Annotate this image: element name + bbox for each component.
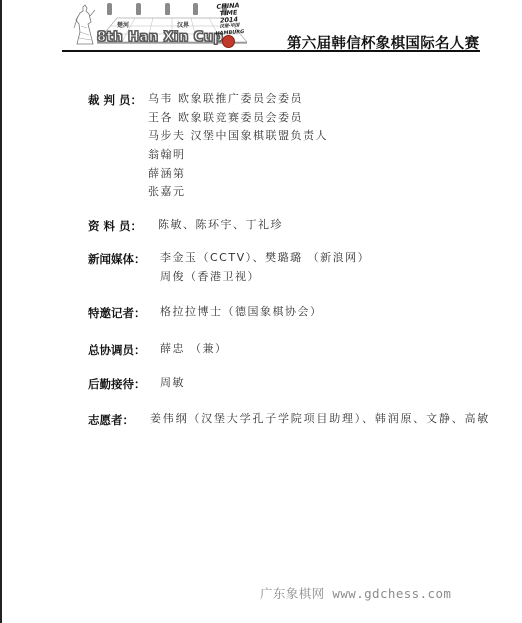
list-item: 周俊（香港卫视） [160,270,370,289]
section-lines: 陈敏、陈环宇、丁礼珍 [158,218,283,237]
list-item: 薛忠 （兼） [160,342,228,361]
han-xin-cup-logo: 楚河 汉界 8th Han Xin Cup CHINA TIME 2014 汉堡… [62,0,247,50]
section-lines: 薛忠 （兼） [160,342,228,361]
logo-cup-name: 8th Han Xin Cup [97,30,223,45]
list-item: 李金玉（CCTV）、樊璐璐 （新浪网） [160,251,370,270]
list-item: 翁翰明 [148,148,328,167]
list-item: 薛涵第 [148,167,328,186]
list-item: 格拉拉博士（德国象棋协会） [160,305,323,324]
section-lines: 周敏 [160,376,185,395]
chess-piece-icon [165,3,170,15]
section-label: 后勤接待： [88,376,146,392]
section-label: 志愿者： [88,412,134,428]
chess-piece-icon [107,3,112,15]
chess-piece-icon [193,3,198,15]
list-item: 陈敏、陈环宇、丁礼珍 [158,218,283,237]
warrior-figure-icon [72,2,98,46]
section-lines: 李金玉（CCTV）、樊璐璐 （新浪网） 周俊（香港卫视） [160,251,370,288]
section-label: 特邀记者： [88,305,146,321]
section-lines: 格拉拉博士（德国象棋协会） [160,305,323,324]
list-item: 王各 欧象联竞赛委员会委员 [148,111,328,130]
china-time-stamp: CHINA TIME 2014 汉堡·中国 HAMBURG [211,2,247,38]
list-item: 张嘉元 [148,185,328,204]
page-left-border [0,0,2,623]
list-item: 马步夫 汉堡中国象棋联盟负责人 [148,129,328,148]
section-lines: 乌韦 欧象联推广委员会委员 王各 欧象联竞赛委员会委员 马步夫 汉堡中国象棋联盟… [148,92,328,204]
chess-piece-icon [136,3,141,15]
section-label: 总协调员： [88,342,146,358]
section-label: 裁 判 员： [88,92,142,108]
logo-tag-right: 汉界 [177,20,189,29]
list-item: 周敏 [160,376,185,395]
site-watermark: 广东象棋网 www.gdchess.com [260,584,451,602]
header-divider [62,50,480,52]
section-label: 新闻媒体： [88,251,146,267]
chess-pieces-row [107,3,227,17]
red-seal-icon [222,35,235,48]
list-item: 乌韦 欧象联推广委员会委员 [148,92,328,111]
page-header: 楚河 汉界 8th Han Xin Cup CHINA TIME 2014 汉堡… [0,0,522,52]
section-lines: 姜伟纲（汉堡大学孔子学院项目助理）、韩润原、文静、高敏 [150,412,490,431]
list-item: 姜伟纲（汉堡大学孔子学院项目助理）、韩润原、文静、高敏 [150,412,490,431]
section-label: 资 料 员： [88,218,142,234]
logo-tag-left: 楚河 [117,20,129,29]
